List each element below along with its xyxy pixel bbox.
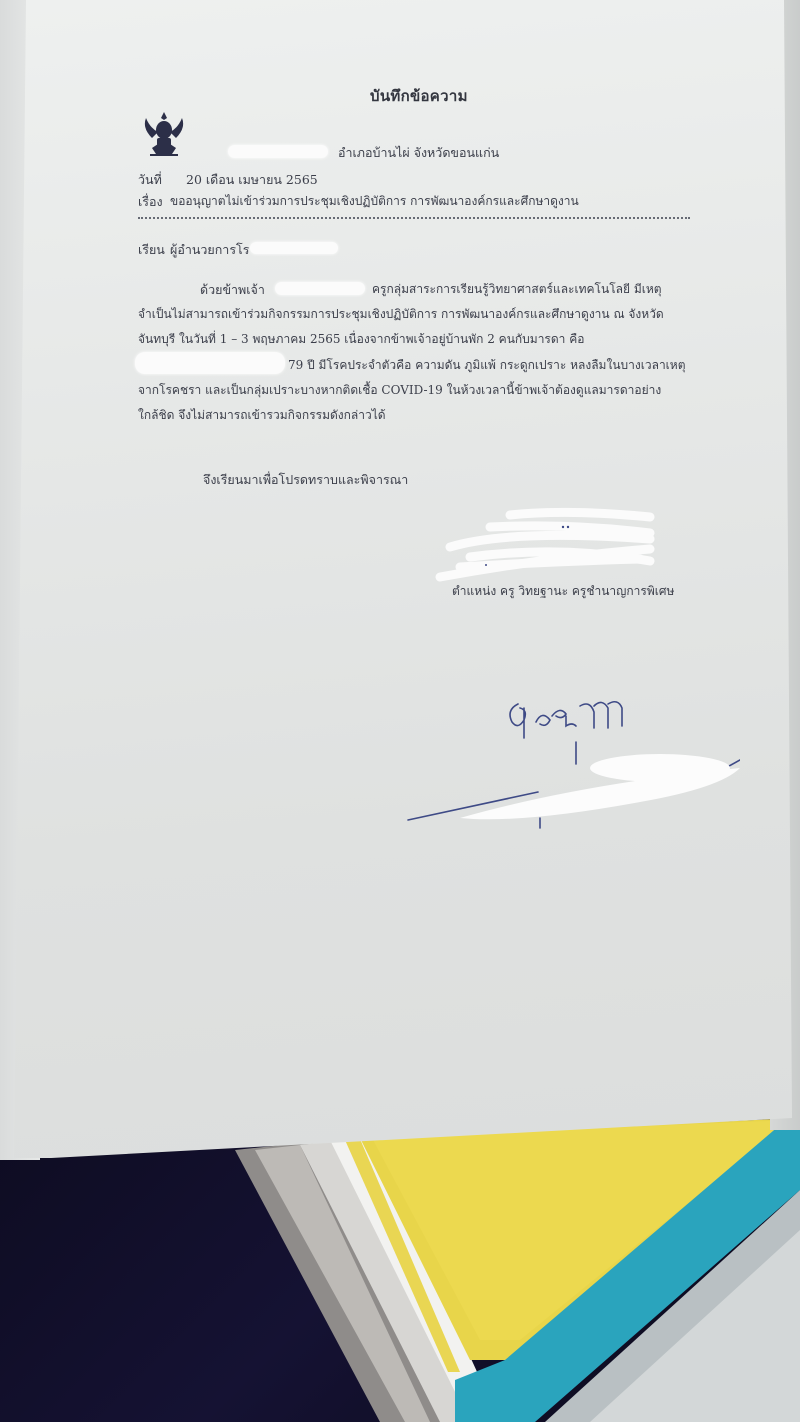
date-label: วันที่ bbox=[138, 170, 162, 190]
memo-document: บันทึกข้อความ อำเภอบ้านไผ่ จังหวัดขอนแก่… bbox=[0, 0, 800, 1160]
body-line-4: 79 ปี มีโรคประจำตัวคือ ความดัน ภูมิแพ้ ก… bbox=[288, 356, 685, 375]
date-value: 20 เดือน เมษายน 2565 bbox=[186, 170, 318, 190]
body-line-2: จำเป็นไม่สามารถเข้าร่วมกิจกรรมการประชุมเ… bbox=[138, 305, 664, 324]
redacted-agency bbox=[228, 145, 328, 158]
body-line-1b: ครูกลุ่มสาระการเรียนรู้วิทยาศาสตร์และเทค… bbox=[372, 280, 662, 299]
garuda-emblem-icon bbox=[140, 108, 188, 158]
body-line-5: จากโรคชรา และเป็นกลุ่มเปราะบางหากติดเชื้… bbox=[138, 381, 661, 400]
subject-value: ขออนุญาตไม่เข้าร่วมการประชุมเชิงปฏิบัติก… bbox=[170, 192, 579, 211]
approval-handwriting bbox=[400, 690, 740, 830]
redacted-recipient bbox=[250, 242, 338, 254]
body-line-6: ใกล้ชิด จึงไม่สามารถเข้ารวมกิจกรรมดังกล่… bbox=[138, 406, 386, 425]
redacted-teacher-name bbox=[275, 282, 365, 295]
agency-location: อำเภอบ้านไผ่ จังหวัดขอนแก่น bbox=[338, 143, 499, 163]
salutation-label: เรียน bbox=[138, 240, 165, 260]
header-divider bbox=[138, 217, 690, 219]
salutation-value: ผู้อำนวยการโร bbox=[170, 240, 249, 260]
redacted-signature bbox=[430, 505, 660, 585]
position-line: ตำแหน่ง ครู วิทยฐานะ ครูชำนาญการพิเศษ bbox=[452, 582, 674, 601]
closing-line: จึงเรียนมาเพื่อโปรดทราบและพิจารณา bbox=[203, 470, 408, 490]
photo-scene: บันทึกข้อความ อำเภอบ้านไผ่ จังหวัดขอนแก่… bbox=[0, 0, 800, 1422]
memo-heading: บันทึกข้อความ bbox=[370, 84, 468, 108]
body-line-1a: ด้วยข้าพเจ้า bbox=[200, 280, 265, 300]
redacted-mother-name bbox=[135, 352, 285, 374]
subject-label: เรื่อง bbox=[138, 192, 163, 212]
body-line-3: จันทบุรี ในวันที่ 1 – 3 พฤษภาคม 2565 เนื… bbox=[138, 330, 584, 349]
